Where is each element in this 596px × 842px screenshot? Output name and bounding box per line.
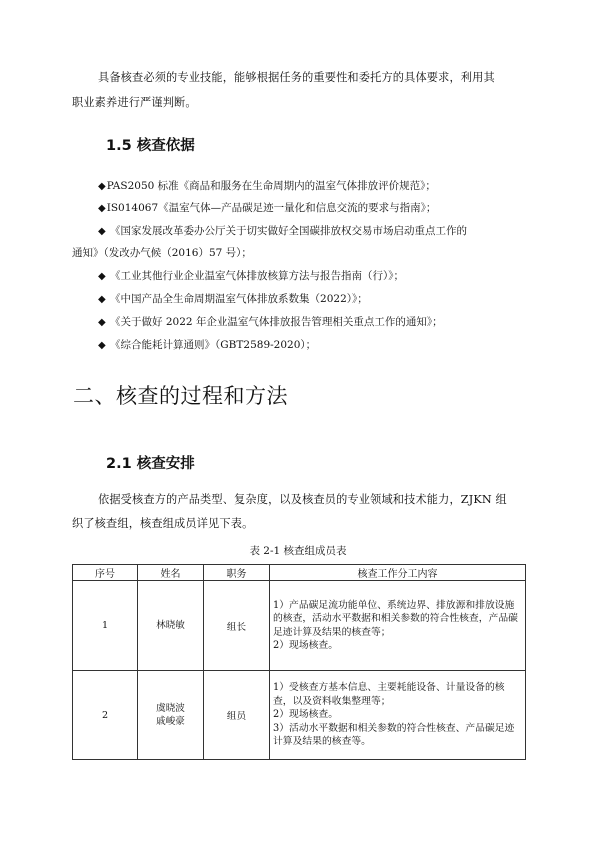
table-row: 2 虞晓波 戚峻豪 组员 1）受核查方基本信息、主要耗能设备、计量设备的核查，以… (73, 671, 526, 760)
cell-no: 2 (73, 671, 138, 760)
basis-item-text: 《中国产品全生命周期温室气体排放系数集（2022）》； (107, 293, 368, 305)
basis-item-text: 《国家发展改革委办公厅关于切实做好全国碳排放权交易市场启动重点工作的 (107, 225, 467, 237)
diamond-bullet-icon: ◆ (98, 181, 106, 192)
cell-duties: 1）受核查方基本信息、主要耗能设备、计量设备的核查，以及资料收集整理等； 2）现… (270, 671, 526, 760)
arrangement-paragraph-line-1: 依据受核查方的产品类型、复杂度，以及核查员的专业领域和技术能力，ZJKN 组 (98, 488, 507, 512)
diamond-bullet-icon: ◆ (98, 317, 106, 328)
basis-item-text: PAS2050 标准《商品和服务在生命周期内的温室气体排放评价规范》； (107, 180, 436, 192)
cell-duties: 1）产品碳足流功能单位、系统边界、排放源和排放设施的核查，活动水平数据和相关参数… (270, 581, 526, 671)
basis-item-text: 《关于做好 2022 年企业温室气体排放报告管理相关重点工作的通知》； (107, 316, 443, 328)
table-caption: 表 2-1 核查组成员表 (0, 543, 596, 558)
cell-name: 林晓敏 (138, 581, 204, 671)
basis-list-item: ◆PAS2050 标准《商品和服务在生命周期内的温室气体排放评价规范》； (98, 176, 436, 197)
header-no: 序号 (73, 565, 138, 581)
cell-role: 组员 (204, 671, 270, 760)
duty-item: 1）产品碳足流功能单位、系统边界、排放源和排放设施的核查，活动水平数据和相关参数… (273, 599, 523, 640)
basis-item-text: IS014067《温室气体—产品碳足迹一量化和信息交流的要求与指南》； (107, 202, 437, 214)
header-duties: 核查工作分工内容 (270, 565, 526, 581)
duty-item: 3）活动水平数据和相关参数的符合性核查、产品碳足迹计算及结果的核查等。 (273, 722, 523, 749)
document-page: 具备核查必须的专业技能，能够根据任务的重要性和委托方的具体要求，利用其 职业素养… (0, 0, 596, 842)
intro-paragraph-line-2: 职业素养进行严谨判断。 (72, 91, 197, 115)
basis-list-item: ◆ 《关于做好 2022 年企业温室气体排放报告管理相关重点工作的通知》； (98, 312, 443, 333)
header-role: 职务 (204, 565, 270, 581)
basis-list-item: ◆ 《工业其他行业企业温室气体排放核算方法与报告指南（行）》； (98, 266, 404, 287)
table-row: 1 林晓敏 组长 1）产品碳足流功能单位、系统边界、排放源和排放设施的核查，活动… (73, 581, 526, 671)
chapter-heading-2: 二、核查的过程和方法 (73, 380, 288, 410)
table-header-row: 序号 姓名 职务 核查工作分工内容 (73, 565, 526, 581)
section-heading-1-5: 1.5 核查依据 (106, 134, 195, 155)
member-name: 戚峻豪 (138, 715, 203, 728)
cell-no: 1 (73, 581, 138, 671)
diamond-bullet-icon: ◆ (98, 340, 106, 351)
basis-list-item: ◆ 《国家发展改革委办公厅关于切实做好全国碳排放权交易市场启动重点工作的 (98, 221, 467, 242)
basis-item-text: 《综合能耗计算通则》（GBT2589-2020）； (107, 339, 316, 351)
duty-item: 1）受核查方基本信息、主要耗能设备、计量设备的核查，以及资料收集整理等； (273, 681, 523, 708)
member-name: 虞晓波 (138, 702, 203, 715)
duty-item: 2）现场核查。 (273, 639, 523, 653)
duty-item: 2）现场核查。 (273, 708, 523, 722)
intro-paragraph-line-1: 具备核查必须的专业技能，能够根据任务的重要性和委托方的具体要求，利用其 (98, 66, 495, 90)
diamond-bullet-icon: ◆ (98, 203, 106, 214)
arrangement-paragraph-line-2: 织了核查组，核查组成员详见下表。 (72, 512, 253, 536)
basis-list-item-continuation: 通知》（发改办气候（2016）57 号）； (72, 243, 252, 263)
basis-list-item: ◆ 《中国产品全生命周期温室气体排放系数集（2022）》； (98, 289, 368, 310)
member-name: 林晓敏 (138, 619, 203, 632)
diamond-bullet-icon: ◆ (98, 271, 106, 282)
cell-role: 组长 (204, 581, 270, 671)
basis-list-item: ◆IS014067《温室气体—产品碳足迹一量化和信息交流的要求与指南》； (98, 198, 436, 219)
basis-item-text: 《工业其他行业企业温室气体排放核算方法与报告指南（行）》； (107, 270, 404, 282)
basis-list-item: ◆ 《综合能耗计算通则》（GBT2589-2020）； (98, 335, 316, 356)
cell-name: 虞晓波 戚峻豪 (138, 671, 204, 760)
section-heading-2-1: 2.1 核查安排 (106, 452, 195, 473)
diamond-bullet-icon: ◆ (98, 226, 106, 237)
diamond-bullet-icon: ◆ (98, 294, 106, 305)
header-name: 姓名 (138, 565, 204, 581)
inspection-team-table: 序号 姓名 职务 核查工作分工内容 1 林晓敏 组长 1）产品碳足流功能单位、系… (72, 564, 526, 760)
